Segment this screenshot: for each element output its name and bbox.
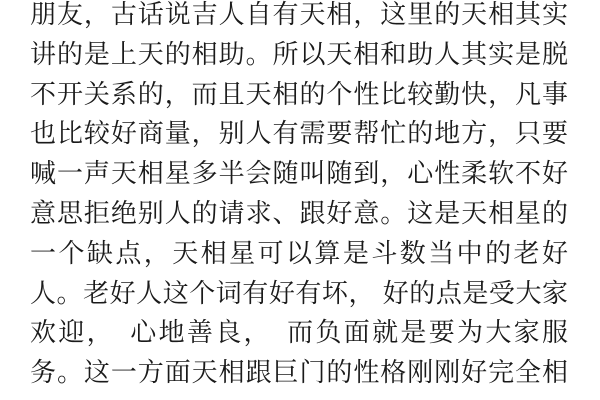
text-line: 不开关系的，而且天相的个性比较勤快，凡事 — [30, 75, 568, 115]
text-line: 欢迎， 心地善良， 而负面就是要为大家服 — [30, 313, 568, 353]
text-line: 朋友，古话说吉人自有天相，这里的天相其实 — [30, 0, 568, 35]
text-line: 务。这一方面天相跟巨门的性格刚刚好完全相 — [30, 353, 568, 393]
article-text-page: 朋友，古话说吉人自有天相，这里的天相其实 讲的是上天的相助。所以天相和助人其实是… — [0, 0, 600, 395]
text-line: 人。老好人这个词有好有坏， 好的点是受大家 — [30, 274, 568, 314]
text-line: 也比较好商量，别人有需要帮忙的地方，只要 — [30, 114, 568, 154]
text-line: 喊一声天相星多半会随叫随到，心性柔软不好 — [30, 154, 568, 194]
text-line: 讲的是上天的相助。所以天相和助人其实是脱 — [30, 35, 568, 75]
text-line: 一个缺点，天相星可以算是斗数当中的老好 — [30, 234, 568, 274]
text-line: 意思拒绝别人的请求、跟好意。这是天相星的 — [30, 194, 568, 234]
